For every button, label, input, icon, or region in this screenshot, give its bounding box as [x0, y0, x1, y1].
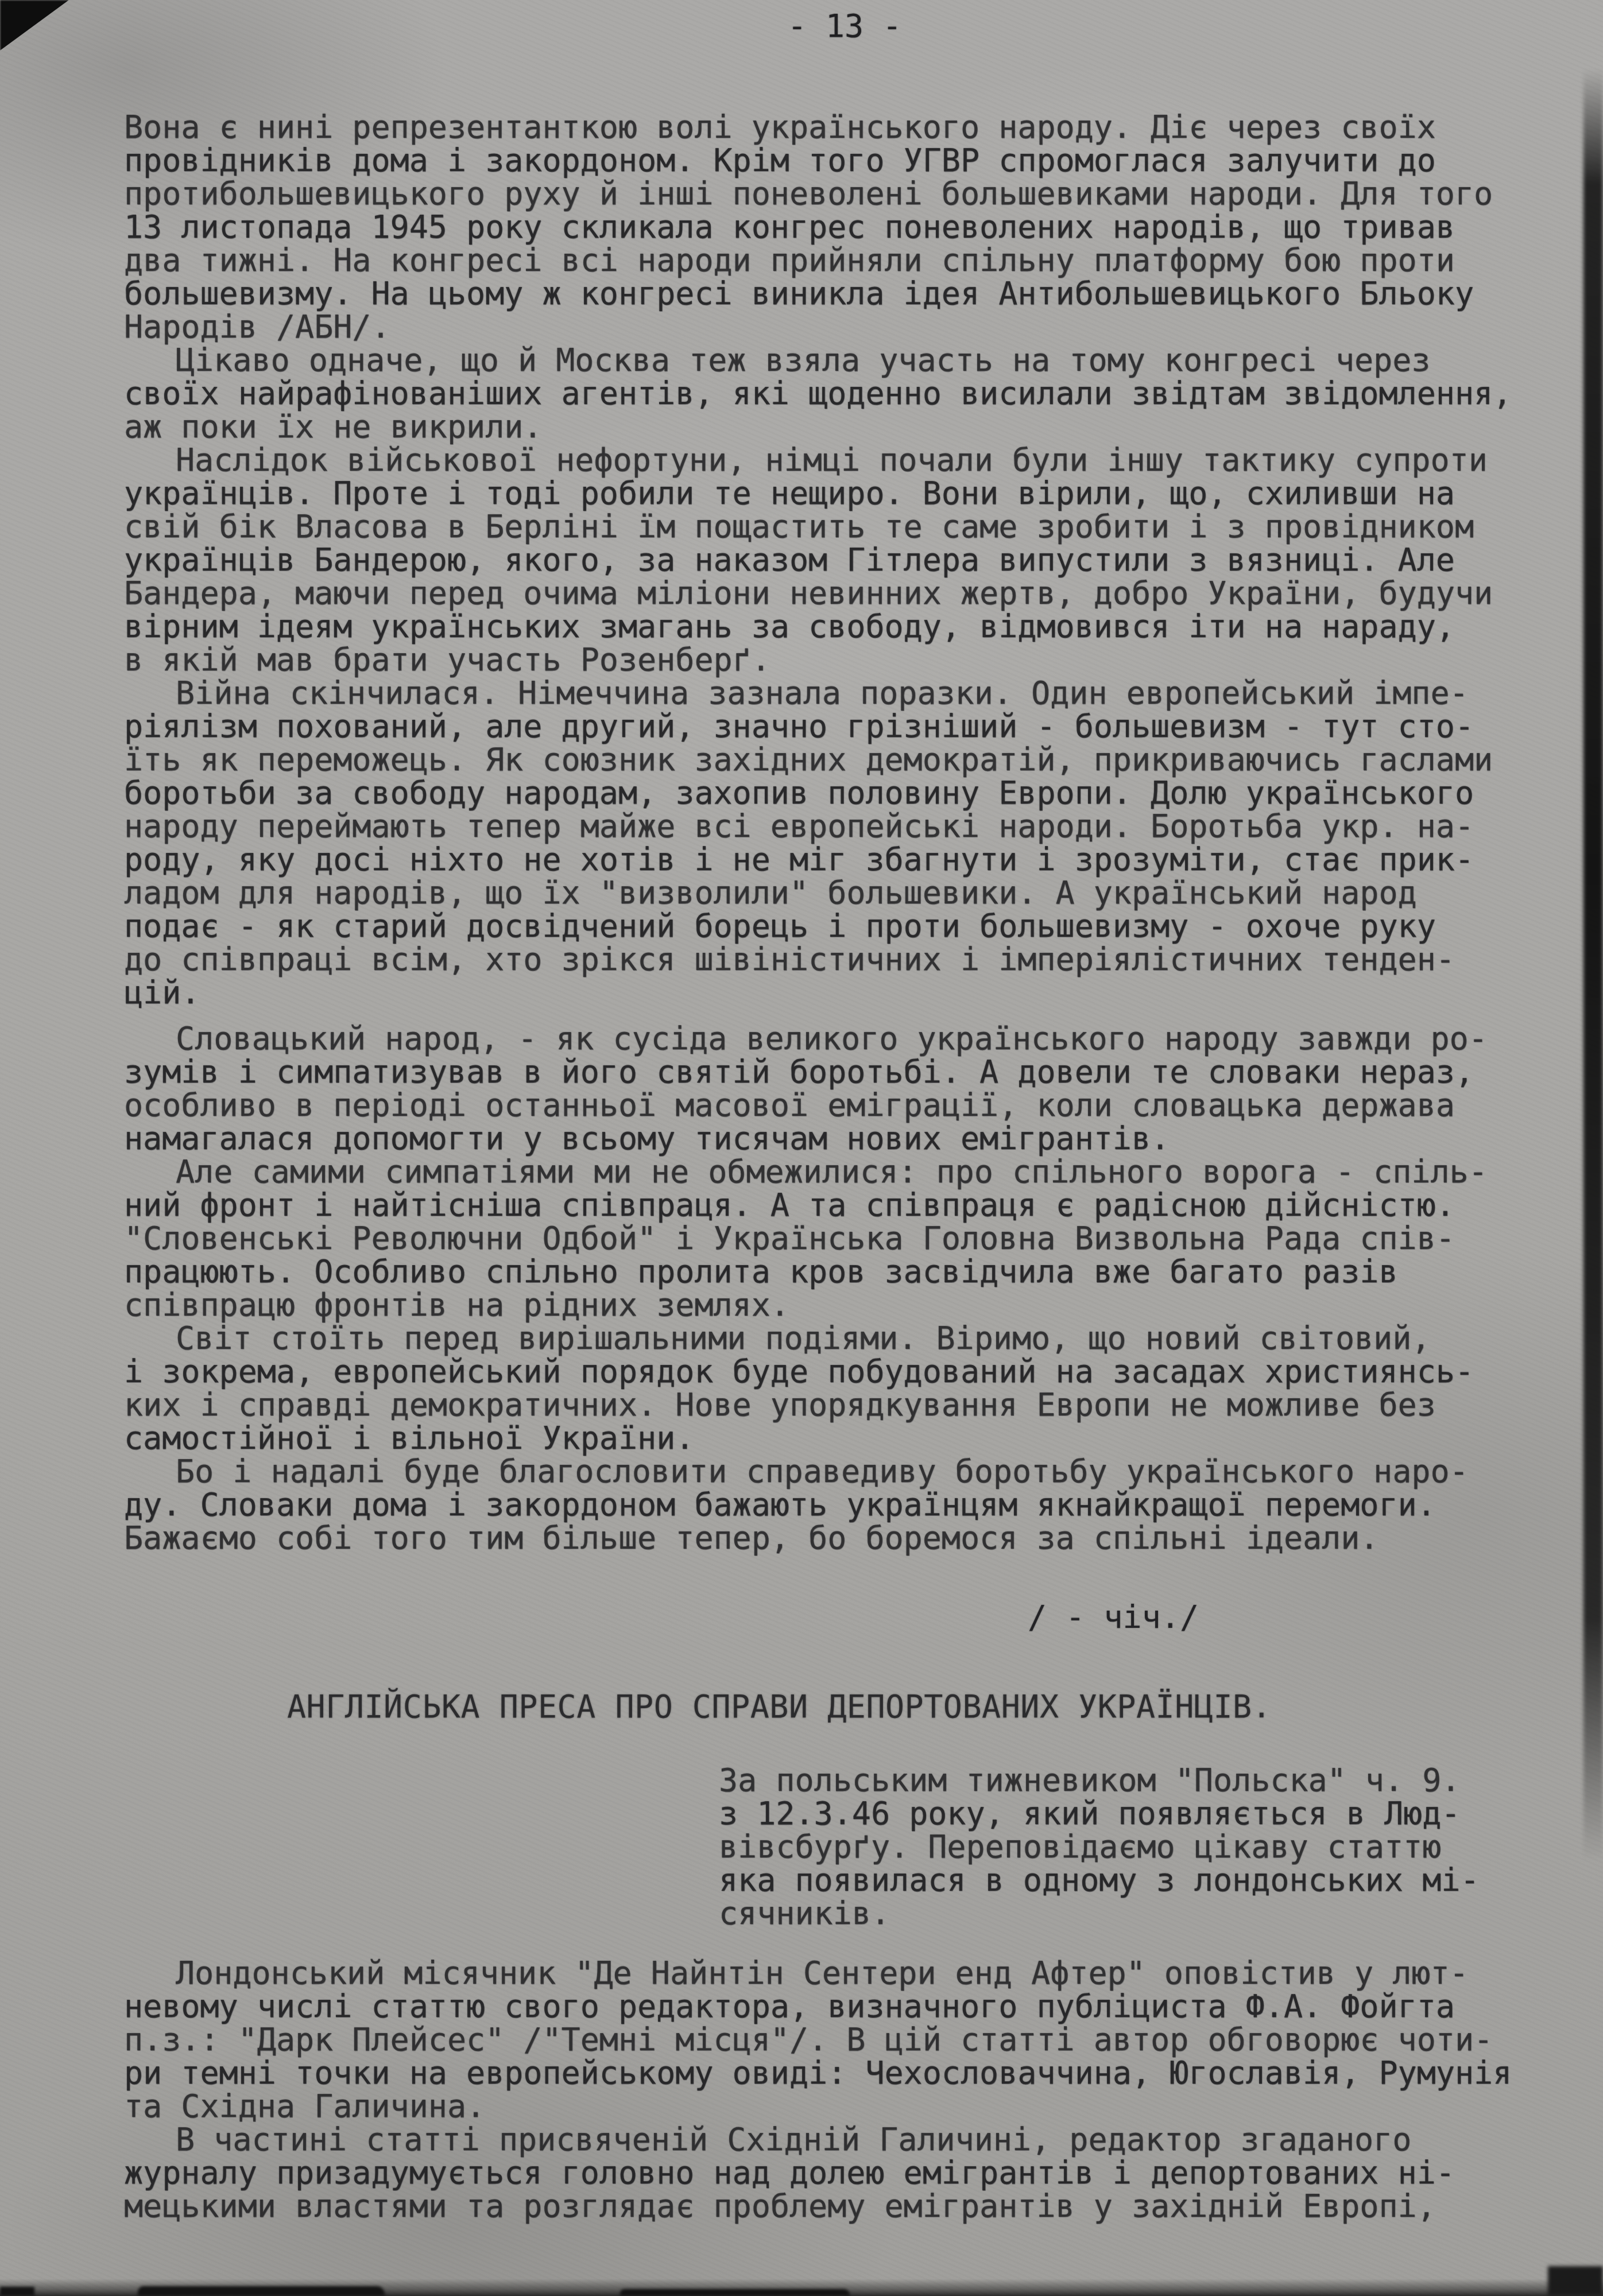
text-line: Вона є нині репрезентанткою волі українс…	[124, 110, 1542, 143]
text-line: Словацький народ, - як сусіда великого у…	[124, 1022, 1542, 1055]
scan-artifact-blob	[620, 2289, 850, 2296]
text-line: своїх найрафінованіших агентів, які щоде…	[124, 377, 1542, 410]
paragraph: Лондонський місячник "Де Найнтін Сентери…	[124, 1956, 1542, 2123]
text-line: журналу призадумується головно над долею…	[124, 2156, 1542, 2189]
text-line: Народів /АБН/.	[124, 310, 1542, 343]
text-line: два тижні. На конгресі всі народи прийня…	[124, 243, 1542, 277]
text-line: мецькими властями та розглядає проблему …	[124, 2189, 1542, 2223]
main-text: Вона є нині репрезентанткою волі українс…	[124, 110, 1542, 1554]
text-line: подає - як старий досвідчений борець і п…	[124, 909, 1542, 943]
text-line: большевизму. На цьому ж конгресі виникла…	[124, 277, 1542, 310]
text-line: співпрацю фронтів на рідних землях.	[124, 1288, 1542, 1321]
page-number: - 13 -	[43, 9, 1603, 42]
text-line: працюють. Особливо спільно пролита кров …	[124, 1255, 1542, 1288]
text-line: Війна скінчилася. Німеччина зазнала пора…	[124, 676, 1542, 709]
text-line: їть як переможець. Як союзник західних д…	[124, 743, 1542, 776]
scanned-document-page: - 13 - Вона є нині репрезентанткою волі …	[0, 0, 1603, 2296]
paragraph: Бо і надалі буде благословити справедиву…	[124, 1455, 1542, 1554]
text-line: з 12.3.46 року, який появляється в Люд-	[719, 1797, 1480, 1830]
text-line: до співпраці всім, хто зрікся шівіністич…	[124, 943, 1542, 976]
text-line: намагалася допомогти у всьому тисячам но…	[124, 1122, 1542, 1155]
text-line: сячників.	[719, 1896, 1480, 1930]
text-line: 13 листопада 1945 року скликала конгрес …	[124, 210, 1542, 243]
paragraph: Цікаво одначе, що й Москва теж взяла уча…	[124, 343, 1542, 443]
paragraph: Світ стоїть перед вирішальними подіями. …	[124, 1321, 1542, 1455]
signature-initials: / - чіч./	[1028, 1600, 1199, 1634]
text-line: За польським тижневиком "Польска" ч. 9.	[719, 1763, 1480, 1797]
text-line: В частині статті присвяченій Східній Гал…	[124, 2123, 1542, 2156]
text-line: ний фронт і найтісніша співпраця. А та с…	[124, 1188, 1542, 1221]
text-line: Але самими симпатіями ми не обмежилися: …	[124, 1155, 1542, 1188]
text-line: Бандера, маючи перед очима міліони невин…	[124, 576, 1542, 610]
text-line: особливо в періоді останньої масової емі…	[124, 1088, 1542, 1122]
text-line: "Словенські Револючни Одбой" і Українськ…	[124, 1221, 1542, 1255]
text-line: Наслідок військової нефортуни, німці поч…	[124, 443, 1542, 476]
citation-block: За польським тижневиком "Польска" ч. 9.з…	[719, 1763, 1480, 1930]
text-line: боротьби за свободу народам, захопив пол…	[124, 776, 1542, 809]
paragraph: Але самими симпатіями ми не обмежилися: …	[124, 1155, 1542, 1321]
text-line: українців. Проте і тоді робили те нещиро…	[124, 476, 1542, 510]
text-line: Цікаво одначе, що й Москва теж взяла уча…	[124, 343, 1542, 377]
text-line: ладом для народів, що їх "визволили" бол…	[124, 876, 1542, 909]
paragraph: Війна скінчилася. Німеччина зазнала пора…	[124, 676, 1542, 1009]
text-line: зумів і симпатизував в його святій борот…	[124, 1055, 1542, 1088]
paragraph: Вона є нині репрезентанткою волі українс…	[124, 110, 1542, 343]
text-line: ких і справді демократичних. Нове упоряд…	[124, 1388, 1542, 1421]
text-line: яка появилася в одному з лондонських мі-	[719, 1863, 1480, 1896]
text-line: і зокрема, европейський порядок буде поб…	[124, 1355, 1542, 1388]
text-line: роду, яку досі ніхто не хотів і не міг з…	[124, 843, 1542, 876]
text-line: цій.	[124, 976, 1542, 1009]
lower-text: Лондонський місячник "Де Найнтін Сентери…	[124, 1956, 1542, 2223]
scan-artifact-corner-bottom-right	[1548, 2266, 1603, 2296]
paragraph: Словацький народ, - як сусіда великого у…	[124, 1022, 1542, 1155]
text-line: народу переймають тепер майже всі европе…	[124, 809, 1542, 843]
text-line: Бо і надалі буде благословити справедиву…	[124, 1455, 1542, 1488]
text-line: в якій мав брати участь Розенберґ.	[124, 643, 1542, 676]
paragraph: Наслідок військової нефортуни, німці поч…	[124, 443, 1542, 676]
text-line: Світ стоїть перед вирішальними подіями. …	[124, 1321, 1542, 1355]
paragraph: В частині статті присвяченій Східній Гал…	[124, 2123, 1542, 2223]
text-line: протибольшевицького руху й інші поневоле…	[124, 177, 1542, 210]
text-line: Бажаємо собі того тим більше тепер, бо б…	[124, 1521, 1542, 1554]
text-line: ріялізм похований, але другий, значно гр…	[124, 709, 1542, 743]
scan-artifact-blob	[138, 2286, 385, 2296]
scan-artifact-right-edge	[1583, 69, 1603, 1860]
text-line: невому числі статтю свого редактора, виз…	[124, 1989, 1542, 2023]
text-line: самостійної і вільної України.	[124, 1421, 1542, 1455]
text-line: п.з.: "Дарк Плейсес" /"Темні місця"/. В …	[124, 2023, 1542, 2056]
text-line: ду. Словаки дома і закордоном бажають ук…	[124, 1488, 1542, 1521]
text-line: вірним ідеям українських змагань за своб…	[124, 610, 1542, 643]
text-line: українців Бандерою, якого, за наказом Гі…	[124, 543, 1542, 576]
text-line: свій бік Власова в Берліні їм пощастить …	[124, 510, 1542, 543]
text-line: вівсбурґу. Переповідаємо цікаву статтю	[719, 1830, 1480, 1863]
text-line: ри темні точки на европейському овиді: Ч…	[124, 2056, 1542, 2089]
section-heading: АНГЛІЙСЬКА ПРЕСА ПРО СПРАВИ ДЕПОРТОВАНИХ…	[287, 1690, 1271, 1723]
scan-artifact-blob	[0, 2287, 34, 2296]
text-line: аж поки їх не викрили.	[124, 410, 1542, 443]
text-line: провідників дома і закордоном. Крім того…	[124, 143, 1542, 177]
text-line: Лондонський місячник "Де Найнтін Сентери…	[124, 1956, 1542, 1989]
text-line: та Східна Галичина.	[124, 2089, 1542, 2123]
